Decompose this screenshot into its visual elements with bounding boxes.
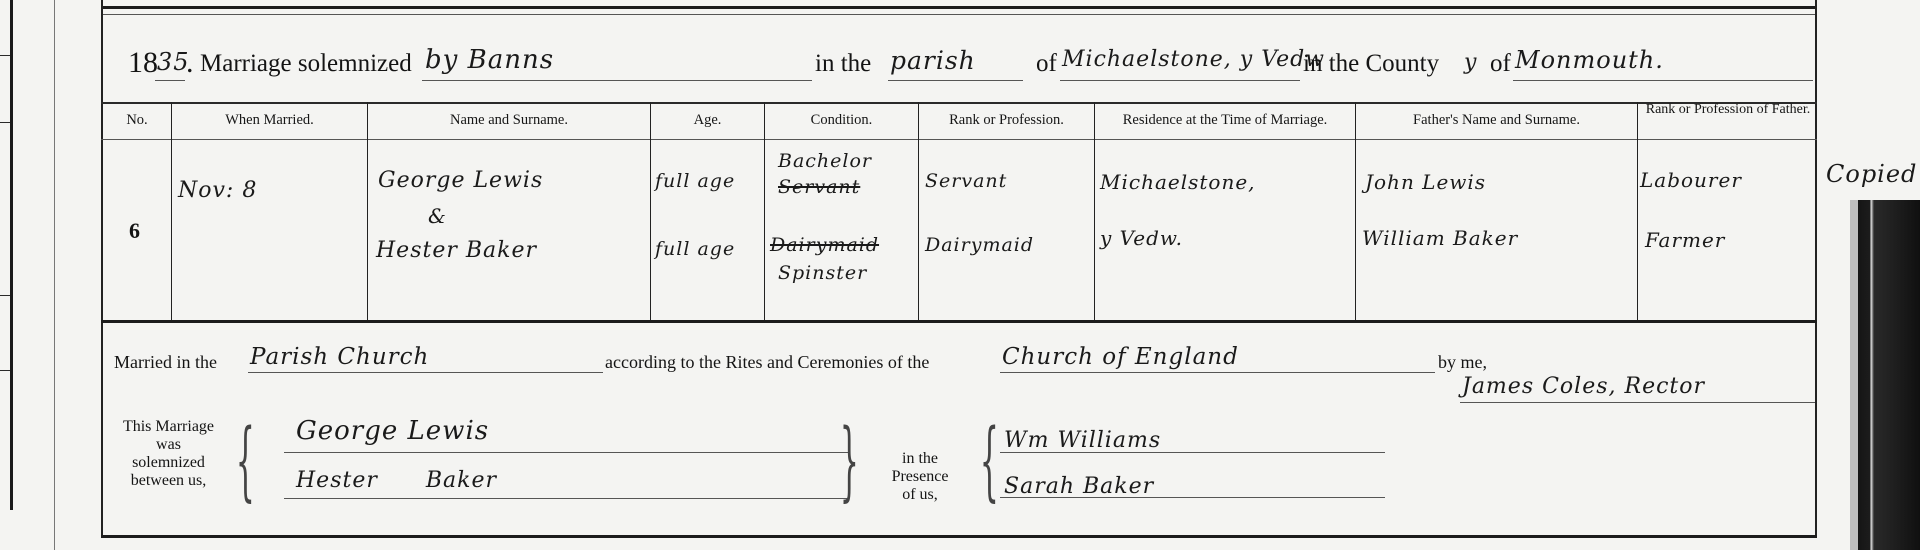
- col-divider: [1094, 102, 1095, 320]
- groom-name: George Lewis: [378, 168, 543, 193]
- residence-line-1: Michaelstone,: [1100, 170, 1256, 194]
- margin-note-copied: Copied: [1826, 160, 1917, 188]
- of-label: of: [1036, 50, 1057, 78]
- by-me-label: by me,: [1438, 352, 1487, 373]
- county-of-label: of: [1490, 50, 1511, 78]
- col-header-residence: Residence at the Time of Marriage.: [1095, 112, 1355, 129]
- county-underline: [1513, 80, 1813, 81]
- conjunction: &: [428, 204, 447, 228]
- bride-condition-struck: Dairymaid: [770, 234, 879, 256]
- officiant-signature: James Coles, Rector: [1462, 374, 1705, 399]
- witness-signature-2: Sarah Baker: [1004, 474, 1154, 499]
- col-header-age: Age.: [651, 112, 764, 129]
- solemnized-label-line: was: [106, 436, 231, 454]
- top-rule-thin: [101, 14, 1817, 15]
- year-suffix: 35: [157, 48, 190, 76]
- col-header-condition: Condition.: [765, 112, 918, 129]
- presence-label: in the Presence of us,: [880, 450, 960, 504]
- col-divider: [918, 102, 919, 320]
- bride-age: full age: [655, 238, 735, 260]
- left-brace-open: {: [236, 418, 255, 504]
- col-header-father-name: Father's Name and Surname.: [1356, 112, 1637, 129]
- top-rule: [101, 6, 1817, 9]
- left-brace-close: }: [840, 418, 859, 504]
- witness-brace: {: [980, 418, 999, 504]
- witness-signature-1: Wm Williams: [1004, 428, 1161, 453]
- county-value: Monmouth.: [1515, 46, 1664, 74]
- year-prefix: 18: [128, 46, 158, 80]
- when-married: Nov: 8: [178, 178, 257, 203]
- county-suffix: y: [1464, 50, 1477, 75]
- bride-condition: Spinster: [778, 262, 867, 284]
- solemnized-underline: [422, 80, 812, 81]
- binding-line: [54, 0, 55, 550]
- col-header-name: Name and Surname.: [368, 112, 650, 129]
- adjacent-page-tick: [0, 295, 10, 296]
- bride-name: Hester Baker: [376, 238, 537, 263]
- rites-label: according to the Rites and Ceremonies of…: [605, 352, 929, 373]
- party-signature-1: George Lewis: [296, 416, 489, 446]
- col-divider: [764, 102, 765, 320]
- solemnized-label-line: between us,: [106, 472, 231, 490]
- bride-father-rank: Farmer: [1645, 228, 1725, 252]
- solemnized-label: This Marriage was solemnized between us,: [106, 418, 231, 490]
- header-bottom-rule: [101, 139, 1817, 140]
- groom-rank: Servant: [925, 170, 1007, 192]
- col-header-rank: Rank or Profession.: [919, 112, 1094, 129]
- bride-father-name: William Baker: [1362, 226, 1518, 250]
- presence-label-line: of us,: [880, 486, 960, 504]
- col-divider: [171, 102, 172, 320]
- col-header-father-rank: Rank or Profession of Father.: [1640, 101, 1816, 118]
- frame-left: [101, 0, 103, 538]
- place-value: Michaelstone, y Vedw: [1062, 47, 1325, 72]
- adjacent-page-tick: [0, 370, 10, 371]
- frame-bottom: [101, 535, 1817, 538]
- party-signature-2: Hester Baker: [296, 468, 497, 493]
- groom-age: full age: [655, 170, 735, 192]
- adjacent-page-tick: [0, 122, 10, 123]
- party-signature-line-2: [284, 498, 849, 499]
- married-in-value: Parish Church: [250, 344, 429, 370]
- entry-number: 6: [129, 218, 140, 244]
- bride-rank: Dairymaid: [925, 234, 1034, 256]
- in-the-underline: [888, 80, 1023, 81]
- groom-father-rank: Labourer: [1640, 168, 1742, 192]
- married-in-underline: [248, 372, 603, 373]
- solemnized-label-line: This Marriage: [106, 418, 231, 436]
- place-underline: [1060, 80, 1300, 81]
- col-divider: [1355, 102, 1356, 320]
- witness-line-1: [1000, 452, 1385, 453]
- married-in-label: Married in the: [114, 352, 217, 373]
- officiant-underline: [1460, 402, 1815, 403]
- residence-line-2: y Vedw.: [1100, 226, 1183, 250]
- frame-right: [1815, 0, 1817, 538]
- table-top-rule: [101, 102, 1817, 104]
- solemnized-label-line: solemnized: [106, 454, 231, 472]
- marriage-solemnized-label: Marriage solemnized: [200, 50, 412, 78]
- year-period: .: [186, 46, 194, 80]
- witness-line-2: [1000, 497, 1385, 498]
- rites-underline: [1000, 372, 1435, 373]
- groom-condition-struck: Servant: [778, 176, 860, 198]
- adjacent-page-tick: [0, 55, 10, 56]
- year-underline: [155, 80, 185, 81]
- groom-father-name: John Lewis: [1365, 170, 1486, 194]
- col-divider: [1637, 102, 1638, 320]
- party-signature-line-1: [284, 452, 849, 453]
- rites-value: Church of England: [1002, 344, 1239, 370]
- presence-label-line: in the: [880, 450, 960, 468]
- col-header-when-married: When Married.: [172, 112, 367, 129]
- col-divider: [650, 102, 651, 320]
- in-the-label: in the: [815, 50, 871, 78]
- left-page-edge-rule: [10, 0, 13, 510]
- presence-label-line: Presence: [880, 468, 960, 486]
- col-divider: [367, 102, 368, 320]
- county-label: in the County: [1303, 50, 1439, 78]
- table-bottom-rule: [101, 320, 1817, 323]
- in-the-value: parish: [890, 46, 976, 75]
- col-header-no: No.: [104, 112, 170, 129]
- book-spine-edge: [1850, 200, 1920, 550]
- marriage-solemnized-value: by Banns: [425, 45, 554, 75]
- groom-condition: Bachelor: [778, 150, 872, 172]
